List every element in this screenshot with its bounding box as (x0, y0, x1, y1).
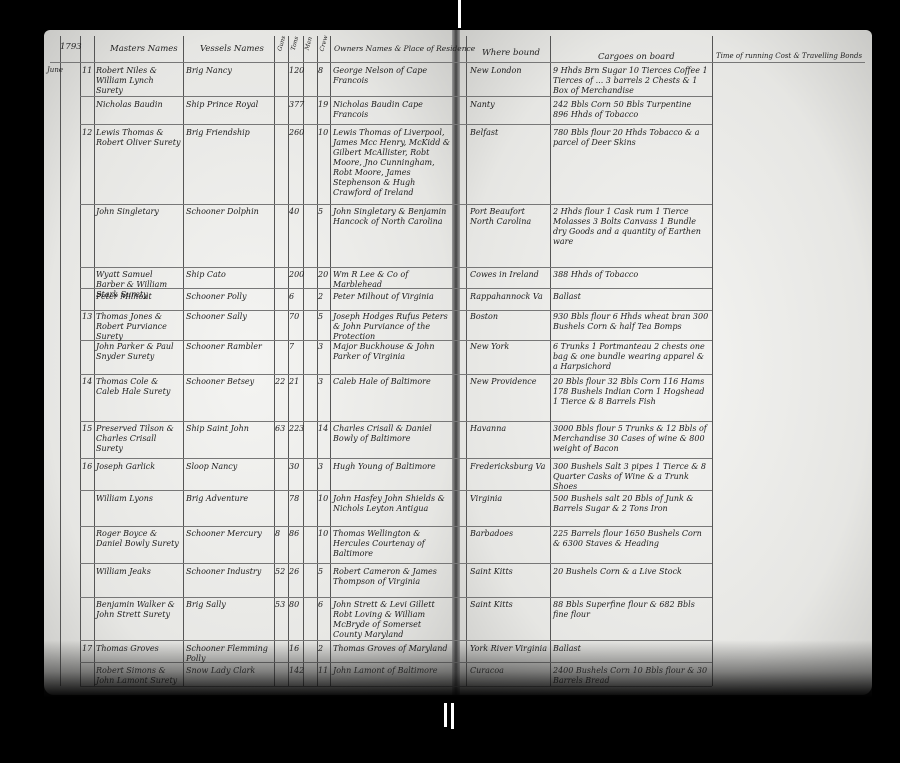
tons-cell: 260 (289, 128, 303, 138)
header-cargoes: Cargoes on board (598, 52, 675, 62)
master-cell: Thomas Cole & Caleb Hale Surety (96, 377, 182, 397)
cargo-cell: 500 Bushels salt 20 Bbls of Junk & Barre… (553, 494, 709, 514)
tons-cell: 7 (289, 342, 303, 352)
owners-cell: John Hasfey John Shields & Nichols Leyto… (333, 494, 451, 514)
cargo-cell: 6 Trunks 1 Portmanteau 2 chests one bag … (553, 342, 709, 372)
vessel-cell: Schooner Industry (186, 567, 272, 577)
row-rule (80, 526, 712, 527)
owners-cell: Thomas Wellington & Hercules Courtenay o… (333, 529, 451, 559)
crew-cell: 10 (318, 128, 330, 138)
row-rule (80, 458, 712, 459)
rule-day (80, 36, 81, 686)
bound-cell: Fredericksburg Va (470, 462, 548, 472)
vessel-cell: Schooner Betsey (186, 377, 272, 387)
master-cell: Lewis Thomas & Robert Oliver Surety (96, 128, 182, 148)
crew-cell: 5 (318, 567, 330, 577)
vessel-cell: Schooner Dolphin (186, 207, 272, 217)
bound-cell: Saint Kitts (470, 567, 548, 577)
vessel-cell: Ship Saint John (186, 424, 272, 434)
cargo-cell: 388 Hhds of Tobacco (553, 270, 709, 280)
cargo-cell: 780 Bbls flour 20 Hhds Tobacco & a parce… (553, 128, 709, 148)
tons-cell: 21 (289, 377, 303, 387)
crew-cell: 10 (318, 494, 330, 504)
owners-cell: Caleb Hale of Baltimore (333, 377, 451, 387)
vessel-cell: Brig Nancy (186, 66, 272, 76)
row-rule (80, 124, 712, 125)
master-cell: Preserved Tilson & Charles Crisall Suret… (96, 424, 182, 454)
row-rule (80, 563, 712, 564)
tons-cell: 78 (289, 494, 303, 504)
day-cell: 16 (82, 462, 94, 472)
row-rule (80, 204, 712, 205)
cargo-cell: 20 Bbls flour 32 Bbls Corn 116 Hams 178 … (553, 377, 709, 407)
rule-cargo (550, 36, 551, 686)
guns-cell: 22 (275, 377, 288, 387)
owners-cell: Wm R Lee & Co of Marblehead (333, 270, 451, 290)
row-rule (80, 421, 712, 422)
crew-cell: 5 (318, 207, 330, 217)
vessel-cell: Brig Adventure (186, 494, 272, 504)
cargo-cell: 930 Bbls flour 6 Hhds wheat bran 300 Bus… (553, 312, 709, 332)
master-cell: Peter Milhout (96, 292, 182, 302)
rule-bound (466, 36, 467, 686)
bound-cell: Belfast (470, 128, 548, 138)
vessel-cell: Schooner Sally (186, 312, 272, 322)
cargo-cell: Ballast (553, 292, 709, 302)
page-shadow (44, 640, 872, 698)
guns-cell: 63 (275, 424, 288, 434)
header-where-bound: Where bound (482, 48, 540, 58)
book-gutter (452, 30, 460, 695)
bound-cell: Rappahannock Va (470, 292, 548, 302)
tons-cell: 70 (289, 312, 303, 322)
bound-cell: Havanna (470, 424, 548, 434)
header-owners: Owners Names & Place of Residence (334, 44, 475, 53)
crew-cell: 3 (318, 462, 330, 472)
tons-cell: 26 (289, 567, 303, 577)
header-time-bonds: Time of running Cost & Travelling Bonds (716, 52, 862, 60)
day-cell: 14 (82, 377, 94, 387)
owners-cell: John Singletary & Benjamin Hancock of No… (333, 207, 451, 227)
tons-cell: 6 (289, 292, 303, 302)
owners-cell: George Nelson of Cape Francois (333, 66, 451, 86)
day-cell: 12 (82, 128, 94, 138)
tons-cell: 30 (289, 462, 303, 472)
owners-cell: Nicholas Baudin Cape Francois (333, 100, 451, 120)
master-cell: Benjamin Walker & John Strett Surety (96, 600, 182, 620)
crew-cell: 5 (318, 312, 330, 322)
rule-margin (60, 36, 61, 686)
bound-cell: Saint Kitts (470, 600, 548, 610)
bound-cell: New Providence (470, 377, 548, 387)
owners-cell: Lewis Thomas of Liverpool, James Mcc Hen… (333, 128, 451, 198)
vessel-cell: Ship Prince Royal (186, 100, 272, 110)
crew-cell: 14 (318, 424, 330, 434)
vessel-cell: Schooner Mercury (186, 529, 272, 539)
crew-cell: 6 (318, 600, 330, 610)
tons-cell: 86 (289, 529, 303, 539)
master-cell: William Lyons (96, 494, 182, 504)
bound-cell: New London (470, 66, 548, 76)
crew-cell: 19 (318, 100, 330, 110)
cargo-cell: 20 Bushels Corn & a Live Stock (553, 567, 709, 577)
cargo-cell: 88 Bbls Superfine flour & 682 Bbls fine … (553, 600, 709, 620)
cargo-cell: 9 Hhds Brn Sugar 10 Tierces Coffee 1 Tie… (553, 66, 709, 96)
row-rule (80, 310, 712, 311)
guns-cell: 8 (275, 529, 288, 539)
cargo-cell: 2 Hhds flour 1 Cask rum 1 Tierce Molasse… (553, 207, 709, 247)
rule-vessel (183, 36, 184, 686)
bound-cell: Cowes in Ireland (470, 270, 548, 280)
crew-cell: 3 (318, 342, 330, 352)
owners-cell: Major Buckhouse & John Parker of Virgini… (333, 342, 451, 362)
bound-cell: Nanty (470, 100, 548, 110)
crew-cell: 8 (318, 66, 330, 76)
vessel-cell: Schooner Rambler (186, 342, 272, 352)
bound-cell: Port Beaufort North Carolina (470, 207, 548, 227)
master-cell: Roger Boyce & Daniel Bowly Surety (96, 529, 182, 549)
day-cell: 13 (82, 312, 94, 322)
vessel-cell: Brig Friendship (186, 128, 272, 138)
cargo-cell: 225 Barrels flour 1650 Bushels Corn & 63… (553, 529, 709, 549)
owners-cell: Robert Cameron & James Thompson of Virgi… (333, 567, 451, 587)
row-rule (80, 96, 712, 97)
master-cell: William Jeaks (96, 567, 182, 577)
owners-cell: Joseph Hodges Rufus Peters & John Purvia… (333, 312, 451, 342)
owners-cell: John Strett & Levi Gillett Robt Loving &… (333, 600, 451, 640)
day-cell: 11 (82, 66, 94, 76)
crew-cell: 10 (318, 529, 330, 539)
row-rule (80, 267, 712, 268)
row-rule (80, 597, 712, 598)
rule-master (94, 36, 95, 686)
master-cell: John Parker & Paul Snyder Surety (96, 342, 182, 362)
cargo-cell: 242 Bbls Corn 50 Bbls Turpentine 896 Hhd… (553, 100, 709, 120)
bound-cell: Virginia (470, 494, 548, 504)
master-cell: Robert Niles & William Lynch Surety (96, 66, 182, 96)
bound-cell: New York (470, 342, 548, 352)
crew-cell: 3 (318, 377, 330, 387)
owners-cell: Hugh Young of Baltimore (333, 462, 451, 472)
tons-cell: 40 (289, 207, 303, 217)
master-cell: Thomas Jones & Robert Purviance Surety (96, 312, 182, 342)
master-cell: Joseph Garlick (96, 462, 182, 472)
rule-guns (274, 36, 275, 686)
header-year: 1793 (60, 42, 82, 52)
bound-cell: Barbadoes (470, 529, 548, 539)
cargo-cell: 300 Bushels Salt 3 pipes 1 Tierce & 8 Qu… (553, 462, 709, 492)
row-rule (80, 374, 712, 375)
binding-marker-bottom-right (451, 703, 454, 729)
master-cell: Nicholas Baudin (96, 100, 182, 110)
tons-cell: 223 (289, 424, 303, 434)
vessel-cell: Schooner Polly (186, 292, 272, 302)
owners-cell: Peter Milhout of Virginia (333, 292, 451, 302)
tons-cell: 377 (289, 100, 303, 110)
owners-cell: Charles Crisall & Daniel Bowly of Baltim… (333, 424, 451, 444)
header-masters-names: Masters Names (110, 44, 178, 54)
master-cell: John Singletary (96, 207, 182, 217)
guns-cell: 53 (275, 600, 288, 610)
month-label: June (47, 66, 63, 74)
header-vessels-names: Vessels Names (200, 44, 264, 54)
bound-cell: Boston (470, 312, 548, 322)
binding-marker-top (458, 0, 461, 28)
binding-marker-bottom-left (444, 703, 447, 727)
tons-cell: 120 (289, 66, 303, 76)
tons-cell: 200 (289, 270, 303, 280)
header-rule (50, 62, 865, 63)
vessel-cell: Ship Cato (186, 270, 272, 280)
vessel-cell: Sloop Nancy (186, 462, 272, 472)
crew-cell: 20 (318, 270, 330, 280)
guns-cell: 52 (275, 567, 288, 577)
cargo-cell: 3000 Bbls flour 5 Trunks & 12 Bbls of Me… (553, 424, 709, 454)
rule-time (712, 36, 713, 686)
day-cell: 15 (82, 424, 94, 434)
vessel-cell: Brig Sally (186, 600, 272, 610)
rule-owners (330, 36, 331, 686)
crew-cell: 2 (318, 292, 330, 302)
tons-cell: 80 (289, 600, 303, 610)
